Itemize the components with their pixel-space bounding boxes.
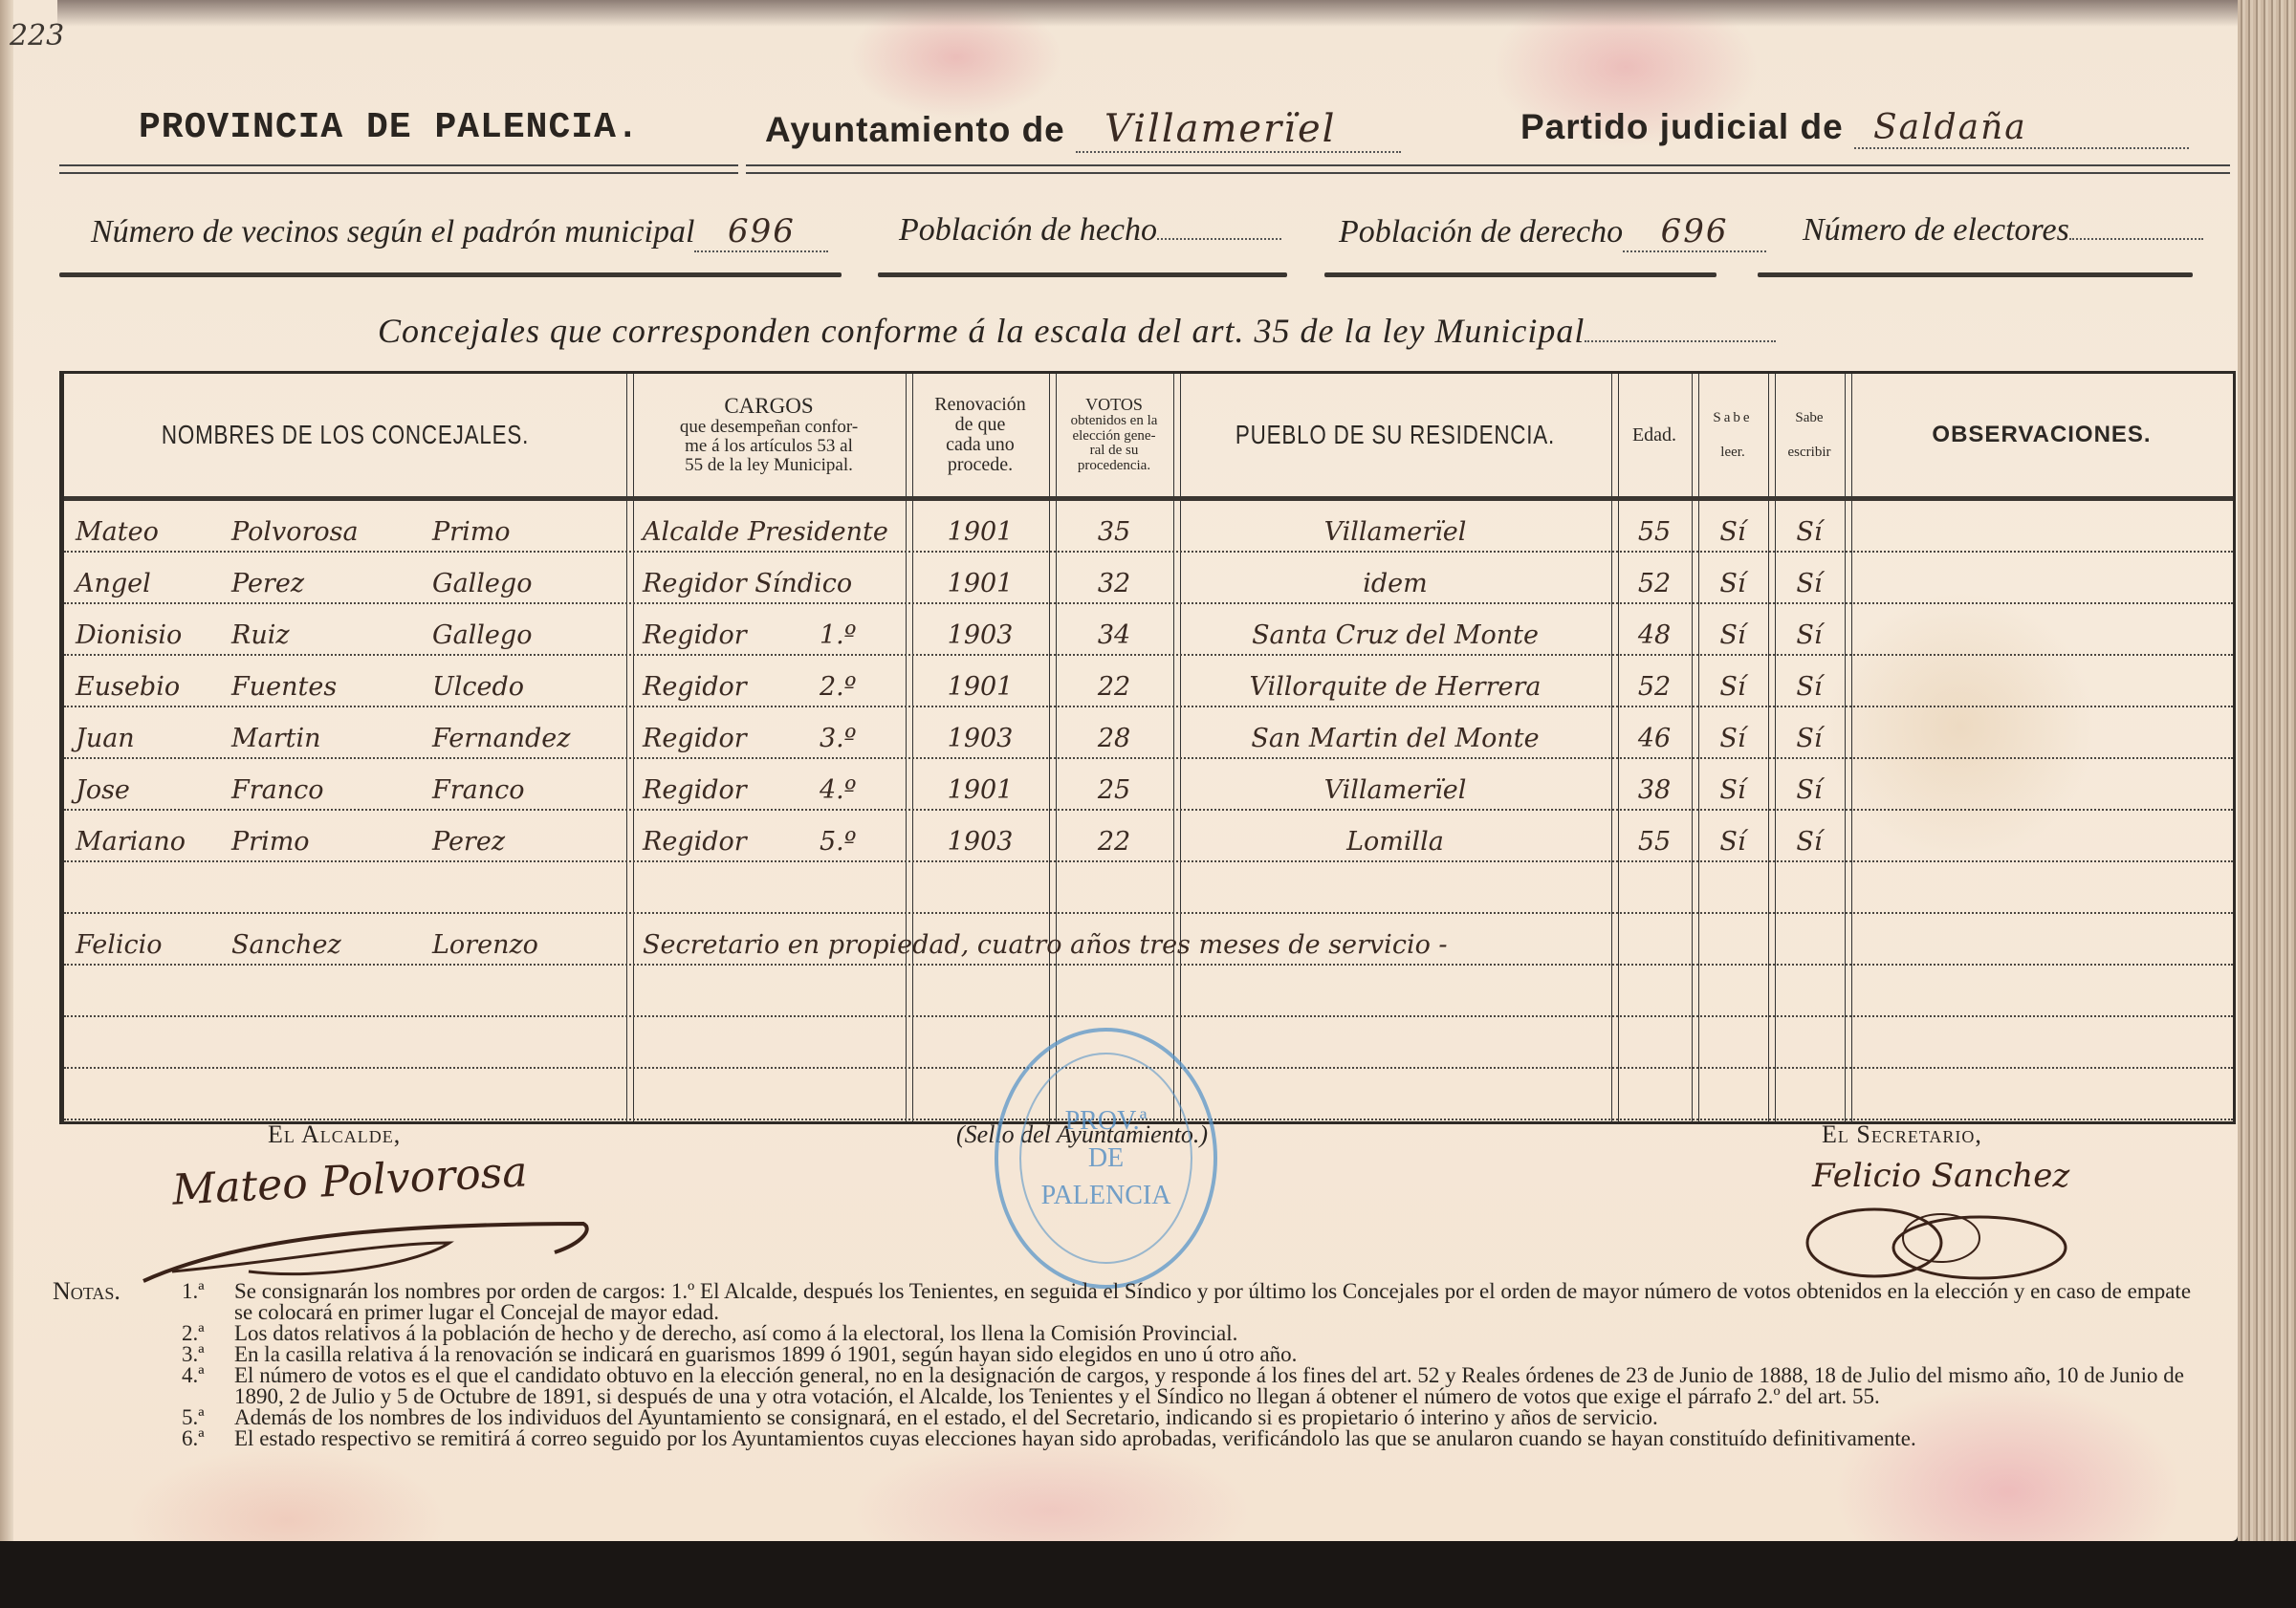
- vecinos-value: 696: [694, 212, 828, 252]
- divider: [1324, 272, 1717, 277]
- divider: [59, 164, 738, 174]
- table-row: [64, 862, 2233, 914]
- col-header-votos: VOTOS obtenidos en la elección gene- ral…: [1055, 374, 1173, 496]
- cell-renovacion: 1901: [911, 569, 1049, 598]
- col-header-edad: Edad.: [1617, 374, 1692, 496]
- nota-item: 1.ªSe consignarán los nombres por orden …: [53, 1281, 2214, 1323]
- cell-renovacion: 1901: [911, 672, 1049, 702]
- cell-pueblo: Santa Cruz del Monte: [1179, 620, 1611, 650]
- cell-renovacion: 1901: [911, 517, 1049, 547]
- table-row: FelicioSanchezLorenzoSecretario en propi…: [64, 914, 2233, 966]
- page-top-edge: [57, 0, 2238, 27]
- cell-cargo-ordinal: 3.º: [820, 724, 856, 753]
- cell-sabe-leer: Sí: [1697, 672, 1768, 702]
- nota-item: 5.ªAdemás de los nombres de los individu…: [53, 1407, 2214, 1428]
- cell-nombre: Juan: [76, 724, 135, 753]
- ayuntamiento-value: Villamerïel: [1076, 107, 1401, 153]
- table-row: JoseFrancoFrancoRegidor4.º190125Villamer…: [64, 759, 2233, 811]
- cell-renovacion: 1903: [911, 620, 1049, 650]
- cell-nombre: Felicio: [76, 930, 163, 960]
- poblacion-derecho-field: Población de derecho696: [1339, 212, 1766, 252]
- cell-cargo: Regidor: [643, 620, 747, 650]
- cell-nombre: Mateo: [76, 517, 159, 547]
- poblacion-derecho-value: 696: [1623, 212, 1766, 252]
- nota-item: 4.ªEl número de votos es el que el candi…: [53, 1365, 2214, 1407]
- notas-section: Notas. 1.ªSe consignarán los nombres por…: [53, 1281, 2214, 1449]
- poblacion-hecho-value: [1157, 238, 1281, 240]
- vecinos-label: Número de vecinos según el padrón munici…: [91, 214, 694, 250]
- col-header-nombres: NOMBRES DE LOS CONCEJALES.: [120, 374, 570, 496]
- secretario-flourish-icon: [1798, 1200, 2085, 1291]
- divider: [1494, 164, 2230, 174]
- nota-number: 2.ª: [182, 1323, 234, 1344]
- nota-text: El número de votos es el que el candidat…: [234, 1363, 2184, 1408]
- cell-sabe-escribir: Sí: [1774, 775, 1845, 805]
- nota-number: 4.ª: [182, 1365, 234, 1386]
- ayuntamiento-stamp: PROV.ª DE PALENCIA: [995, 1028, 1217, 1289]
- nota-item: 2.ªLos datos relativos á la población de…: [53, 1323, 2214, 1344]
- cell-apellido1: Sanchez: [231, 930, 341, 960]
- escala-heading: Concejales que corresponden conforme á l…: [378, 311, 1776, 351]
- escala-text: Concejales que corresponden conforme á l…: [378, 312, 1585, 350]
- cell-nombre: Jose: [76, 775, 130, 805]
- cell-cargo: Secretario en propiedad, cuatro años tre…: [643, 930, 1448, 960]
- cell-cargo: Alcalde Presidente: [643, 517, 888, 547]
- cell-edad: 55: [1617, 517, 1692, 547]
- divider: [878, 272, 1287, 277]
- cell-votos: 28: [1055, 724, 1173, 753]
- cell-edad: 48: [1617, 620, 1692, 650]
- cell-votos: 35: [1055, 517, 1173, 547]
- electores-value: [2069, 238, 2203, 240]
- cell-votos: 22: [1055, 672, 1173, 702]
- cell-sabe-leer: Sí: [1697, 569, 1768, 598]
- cell-apellido2: Fernandez: [432, 724, 571, 753]
- table-row: MarianoPrimoPerezRegidor5.º190322Lomilla…: [64, 811, 2233, 862]
- table-row: AngelPerezGallegoRegidor Síndico190132id…: [64, 553, 2233, 604]
- cell-cargo: Regidor: [643, 672, 747, 702]
- cell-apellido2: Franco: [432, 775, 525, 805]
- escala-dots: [1585, 340, 1776, 342]
- cell-sabe-escribir: Sí: [1774, 724, 1845, 753]
- provincia-title: PROVINCIA DE PALENCIA.: [139, 107, 640, 148]
- cell-nombre: Dionisio: [76, 620, 182, 650]
- book-page-edges: [2238, 0, 2296, 1541]
- cell-cargo-ordinal: 2.º: [820, 672, 856, 702]
- cell-renovacion: 1901: [911, 775, 1049, 805]
- poblacion-hecho-field: Población de hecho: [899, 212, 1281, 249]
- col-header-renovacion: Renovación de que cada uno procede.: [911, 374, 1049, 496]
- cell-apellido2: Lorenzo: [432, 930, 538, 960]
- table-row: [64, 966, 2233, 1017]
- partido-label: Partido judicial de: [1520, 107, 1844, 146]
- notas-list: 1.ªSe consignarán los nombres por orden …: [53, 1281, 2214, 1449]
- cell-apellido1: Ruiz: [231, 620, 290, 650]
- cell-sabe-escribir: Sí: [1774, 569, 1845, 598]
- cell-edad: 55: [1617, 827, 1692, 857]
- cell-pueblo: idem: [1179, 569, 1611, 598]
- cell-votos: 25: [1055, 775, 1173, 805]
- cell-cargo-ordinal: 1.º: [820, 620, 856, 650]
- cell-sabe-leer: Sí: [1697, 620, 1768, 650]
- table-row: MateoPolvorosaPrimoAlcalde Presidente190…: [64, 501, 2233, 553]
- cell-renovacion: 1903: [911, 724, 1049, 753]
- cell-apellido2: Ulcedo: [432, 672, 524, 702]
- ayuntamiento-label: Ayuntamiento de: [765, 110, 1065, 149]
- page-number: 223: [10, 19, 64, 53]
- cell-sabe-escribir: Sí: [1774, 827, 1845, 857]
- cell-apellido1: Martin: [231, 724, 321, 753]
- secretario-signature: Felicio Sanchez: [1812, 1157, 2069, 1195]
- cell-apellido1: Polvorosa: [231, 517, 359, 547]
- ayuntamiento-field: Ayuntamiento de Villamerïel: [765, 107, 1401, 153]
- cell-nombre: Mariano: [76, 827, 186, 857]
- cell-apellido1: Primo: [231, 827, 310, 857]
- cell-apellido2: Primo: [432, 517, 511, 547]
- cell-votos: 22: [1055, 827, 1173, 857]
- electores-label: Número de electores: [1803, 212, 2069, 248]
- cell-cargo: Regidor: [643, 775, 747, 805]
- cell-apellido2: Perez: [432, 827, 505, 857]
- nota-text: Se consignarán los nombres por orden de …: [234, 1279, 2191, 1324]
- cell-cargo-ordinal: 5.º: [820, 827, 856, 857]
- partido-field: Partido judicial de Saldaña: [1520, 107, 2189, 149]
- cell-nombre: Eusebio: [76, 672, 180, 702]
- cell-cargo: Regidor: [643, 724, 747, 753]
- cell-pueblo: Lomilla: [1179, 827, 1611, 857]
- cell-apellido2: Gallego: [432, 569, 532, 598]
- secretario-label: El Secretario,: [1822, 1120, 1982, 1149]
- cell-sabe-leer: Sí: [1697, 724, 1768, 753]
- stamp-inner: PROV.ª DE PALENCIA: [1019, 1053, 1192, 1264]
- table-row: JuanMartinFernandezRegidor3.º190328San M…: [64, 707, 2233, 759]
- cell-votos: 34: [1055, 620, 1173, 650]
- table-row: DionisioRuizGallegoRegidor1.º190334Santa…: [64, 604, 2233, 656]
- cell-edad: 52: [1617, 569, 1692, 598]
- cell-pueblo: San Martin del Monte: [1179, 724, 1611, 753]
- cell-apellido2: Gallego: [432, 620, 532, 650]
- col-header-cargos: CARGOS que desempeñan confor- me á los a…: [632, 374, 906, 496]
- poblacion-derecho-label: Población de derecho: [1339, 214, 1623, 250]
- nota-item: 6.ªEl estado respectivo se remitirá á co…: [53, 1428, 2214, 1449]
- divider: [746, 164, 1511, 174]
- cell-edad: 46: [1617, 724, 1692, 753]
- cell-renovacion: 1903: [911, 827, 1049, 857]
- nota-item: 3.ªEn la casilla relativa á la renovació…: [53, 1344, 2214, 1365]
- cell-pueblo: Villamerïel: [1179, 517, 1611, 547]
- cell-pueblo: Villamerïel: [1179, 775, 1611, 805]
- cell-apellido1: Perez: [231, 569, 304, 598]
- table-row: EusebioFuentesUlcedoRegidor2.º190122Vill…: [64, 656, 2233, 707]
- divider: [59, 272, 842, 277]
- cell-cargo-ordinal: 4.º: [820, 775, 856, 805]
- cell-nombre: Angel: [76, 569, 151, 598]
- col-header-observaciones: OBSERVACIONES.: [1850, 374, 2233, 496]
- alcalde-label: El Alcalde,: [268, 1120, 401, 1149]
- cell-edad: 38: [1617, 775, 1692, 805]
- vecinos-field: Número de vecinos según el padrón munici…: [91, 212, 828, 252]
- cell-apellido1: Fuentes: [231, 672, 337, 702]
- nota-number: 6.ª: [182, 1428, 234, 1449]
- electores-field: Número de electores: [1803, 212, 2203, 249]
- cell-pueblo: Villorquite de Herrera: [1179, 672, 1611, 702]
- nota-number: 1.ª: [182, 1281, 234, 1302]
- nota-text: El estado respectivo se remitirá á corre…: [234, 1426, 1916, 1450]
- cell-sabe-leer: Sí: [1697, 517, 1768, 547]
- cell-sabe-leer: Sí: [1697, 775, 1768, 805]
- cell-sabe-leer: Sí: [1697, 827, 1768, 857]
- page-left-edge: [0, 0, 13, 1541]
- cell-sabe-escribir: Sí: [1774, 672, 1845, 702]
- col-header-sabe-escribir: Sabe escribir: [1774, 374, 1845, 496]
- cell-cargo: Regidor: [643, 827, 747, 857]
- poblacion-hecho-label: Población de hecho: [899, 212, 1157, 248]
- nota-number: 5.ª: [182, 1407, 234, 1428]
- divider: [1758, 272, 2193, 277]
- signature-flourish-icon: [134, 1205, 612, 1291]
- col-header-sabe-leer: Sabe leer.: [1697, 374, 1768, 496]
- cell-sabe-escribir: Sí: [1774, 517, 1845, 547]
- cell-cargo: Regidor Síndico: [643, 569, 852, 598]
- nota-number: 3.ª: [182, 1344, 234, 1365]
- partido-value: Saldaña: [1854, 108, 2189, 149]
- cell-edad: 52: [1617, 672, 1692, 702]
- cell-apellido1: Franco: [231, 775, 324, 805]
- cell-sabe-escribir: Sí: [1774, 620, 1845, 650]
- cell-votos: 32: [1055, 569, 1173, 598]
- col-header-pueblo: PUEBLO DE SU RESIDENCIA.: [1222, 374, 1568, 496]
- concejales-table: NOMBRES DE LOS CONCEJALES. CARGOS que de…: [59, 371, 2236, 1124]
